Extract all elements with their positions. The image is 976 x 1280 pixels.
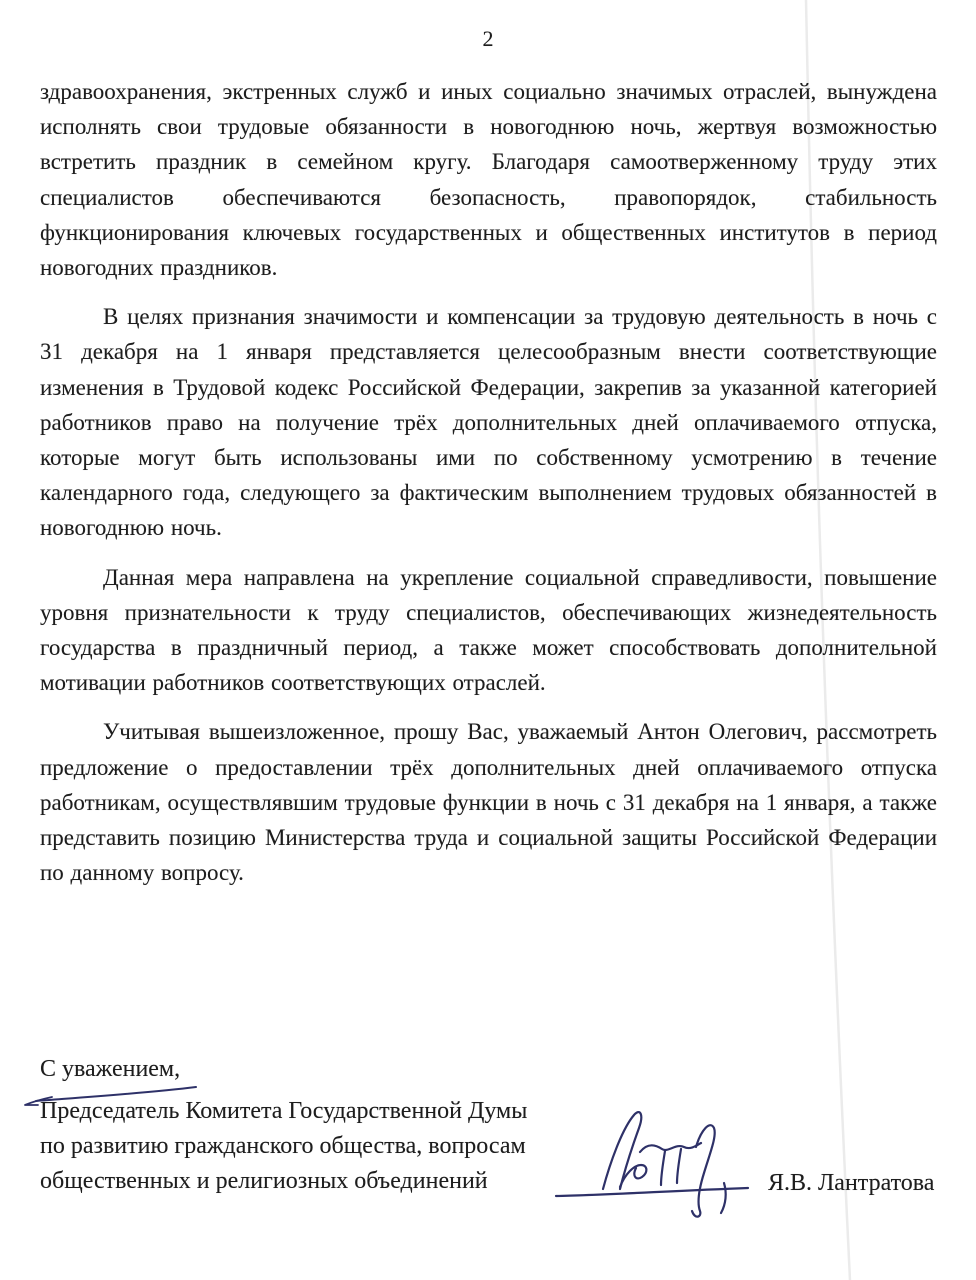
signer-title-line-2: по развитию гражданского общества, вопро… xyxy=(40,1129,527,1164)
paragraph-continuation: здравоохранения, экстренных служб и иных… xyxy=(40,74,937,285)
signer-title-line-1: Председатель Комитета Государственной Ду… xyxy=(40,1094,527,1129)
signer-title-line-3: общественных и религиозных объединений xyxy=(40,1164,527,1199)
scanned-letter-page: 2 здравоохранения, экстренных служб и ин… xyxy=(0,0,976,1280)
page-number: 2 xyxy=(0,26,976,52)
closing-salutation: С уважением, xyxy=(40,1054,180,1084)
letter-body: здравоохранения, экстренных служб и иных… xyxy=(40,74,937,904)
signer-name: Я.В. Лантратова xyxy=(768,1168,934,1198)
signer-title: Председатель Комитета Государственной Ду… xyxy=(40,1094,527,1199)
handwritten-signature xyxy=(548,1103,766,1231)
paragraph-rationale: Данная мера направлена на укрепление соц… xyxy=(40,560,937,701)
paragraph-proposal: В целях признания значимости и компенсац… xyxy=(40,299,937,545)
paragraph-request: Учитывая вышеизложенное, прошу Вас, уваж… xyxy=(40,714,937,890)
